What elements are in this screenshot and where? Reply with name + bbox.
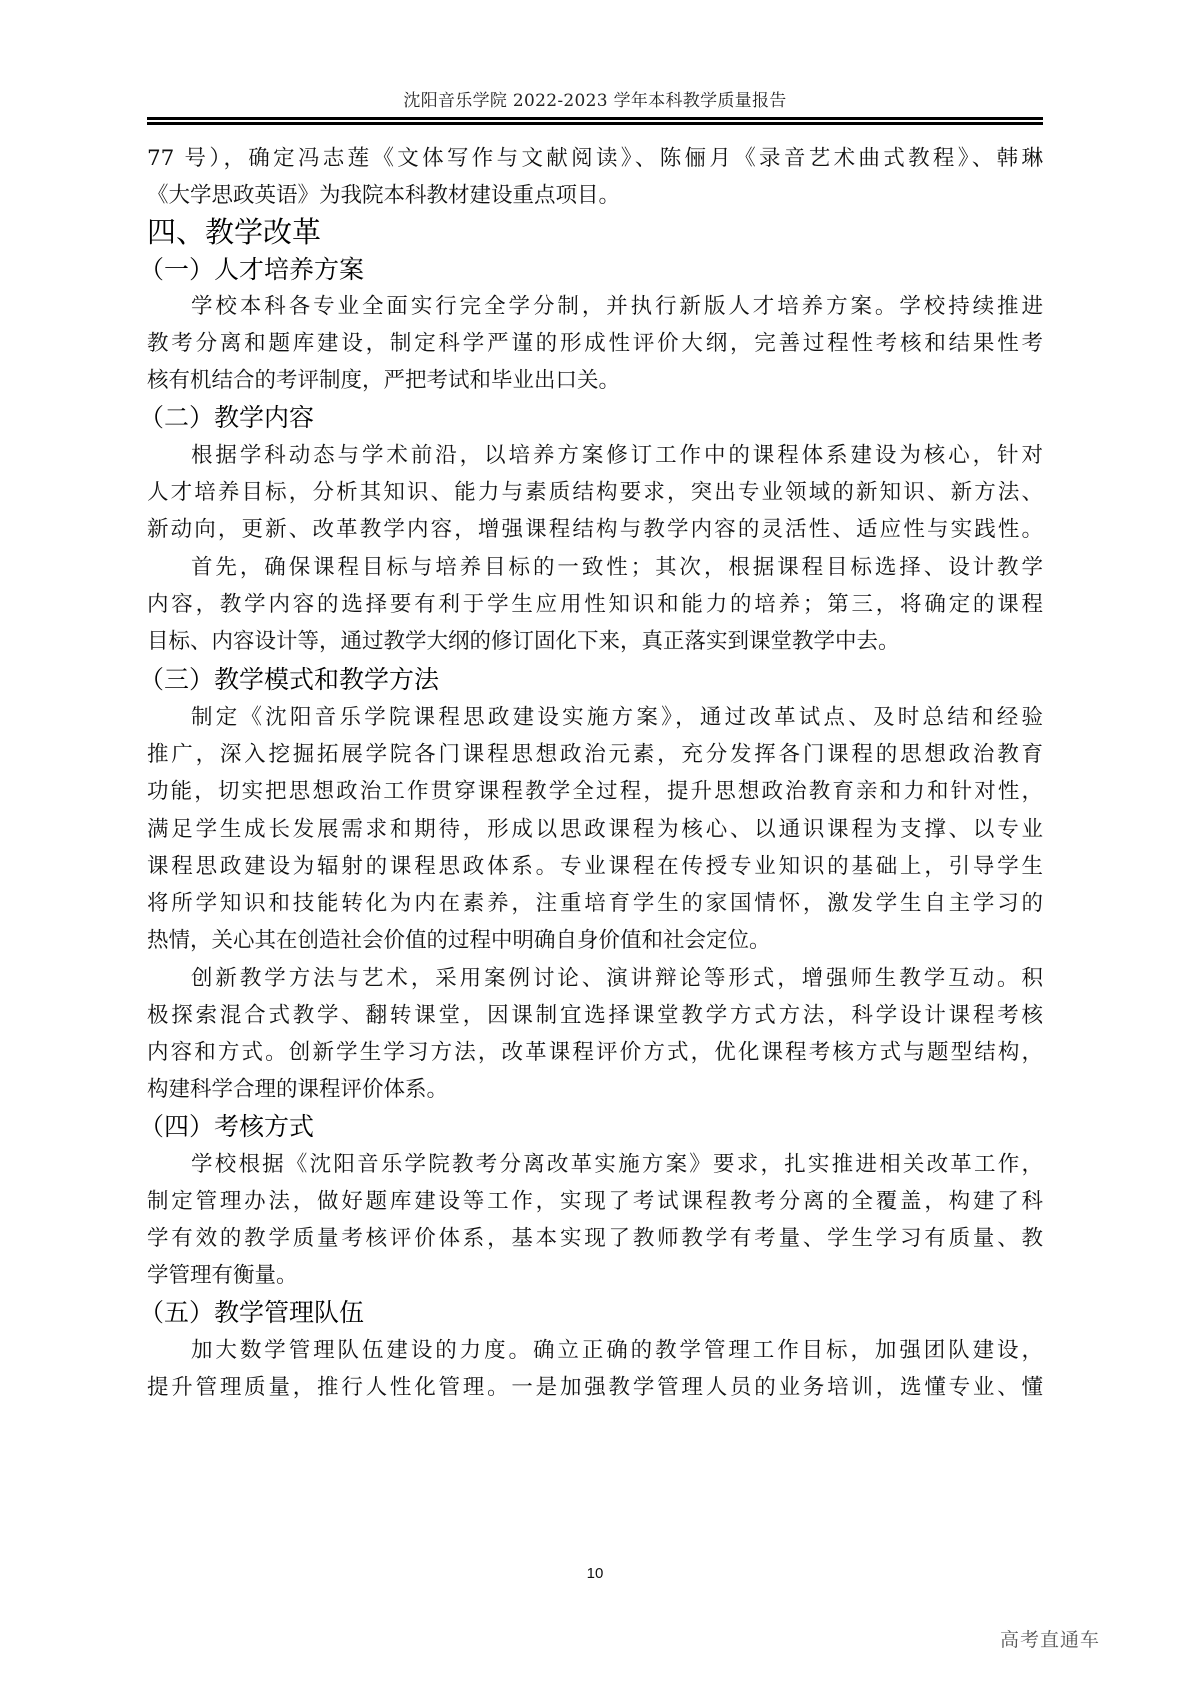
body-line: 满足学生成长发展需求和期待，形成以思政课程为核心、以通识课程为支撑、以专业 bbox=[147, 811, 1043, 848]
header-rule-bottom bbox=[147, 122, 1043, 125]
body-line: 核有机结合的考评制度，严把考试和毕业出口关。 bbox=[147, 362, 1043, 399]
body-line: 学校本科各专业全面实行完全学分制，并执行新版人才培养方案。学校持续推进 bbox=[147, 288, 1043, 325]
body-line: 目标、内容设计等，通过教学大纲的修订固化下来，真正落实到课堂教学中去。 bbox=[147, 623, 1043, 660]
body-line: 创新教学方法与艺术，采用案例讨论、演讲辩论等形式，增强师生教学互动。积 bbox=[147, 960, 1043, 997]
body-line: 制定《沈阳音乐学院课程思政建设实施方案》，通过改革试点、及时总结和经验 bbox=[147, 699, 1043, 736]
body-line: 教考分离和题库建设，制定科学严谨的形成性评价大纲，完善过程性考核和结果性考 bbox=[147, 325, 1043, 362]
watermark: 高考直通车 bbox=[1000, 1625, 1100, 1652]
body-line: 构建科学合理的课程评价体系。 bbox=[147, 1071, 1043, 1108]
body-line: 内容和方式。创新学生学习方法，改革课程评价方式，优化课程考核方式与题型结构， bbox=[147, 1034, 1043, 1071]
body-line: 《大学思政英语》为我院本科教材建设重点项目。 bbox=[147, 177, 1043, 214]
body-line: 制定管理办法，做好题库建设等工作，实现了考试课程教考分离的全覆盖，构建了科 bbox=[147, 1183, 1043, 1220]
document-page: 沈阳音乐学院 2022-2023 学年本科教学质量报告 77 号），确定冯志莲《… bbox=[0, 0, 1190, 1684]
body-line: 首先，确保课程目标与培养目标的一致性；其次，根据课程目标选择、设计教学 bbox=[147, 549, 1043, 586]
header-rule-top bbox=[147, 117, 1043, 120]
body-line: 新动向，更新、改革教学内容，增强课程结构与教学内容的灵活性、适应性与实践性。 bbox=[147, 511, 1043, 548]
body-line: 77 号），确定冯志莲《文体写作与文献阅读》、陈俪月《录音艺术曲式教程》、韩琳 bbox=[147, 140, 1043, 177]
body-line: 极探索混合式教学、翻转课堂，因课制宜选择课堂教学方式方法，科学设计课程考核 bbox=[147, 997, 1043, 1034]
body-line: 将所学知识和技能转化为内在素养，注重培育学生的家国情怀，激发学生自主学习的 bbox=[147, 885, 1043, 922]
body-line: 推广，深入挖掘拓展学院各门课程思想政治元素，充分发挥各门课程的思想政治教育 bbox=[147, 736, 1043, 773]
body-line: 提升管理质量，推行人性化管理。一是加强教学管理人员的业务培训，选懂专业、懂 bbox=[147, 1369, 1043, 1406]
subsection-heading-2: （二）教学内容 bbox=[139, 399, 314, 436]
body-line: 学校根据《沈阳音乐学院教考分离改革实施方案》要求，扎实推进相关改革工作， bbox=[147, 1146, 1043, 1183]
page-number: 10 bbox=[575, 1565, 615, 1582]
subsection-heading-1: （一）人才培养方案 bbox=[139, 251, 364, 288]
body-line: 加大数学管理队伍建设的力度。确立正确的教学管理工作目标，加强团队建设， bbox=[147, 1332, 1043, 1369]
running-header: 沈阳音乐学院 2022-2023 学年本科教学质量报告 bbox=[147, 86, 1043, 111]
subsection-heading-4: （四）考核方式 bbox=[139, 1108, 314, 1145]
body-line: 学管理有衡量。 bbox=[147, 1257, 1043, 1294]
body-line: 内容，教学内容的选择要有利于学生应用性知识和能力的培养；第三，将确定的课程 bbox=[147, 586, 1043, 623]
body-line: 课程思政建设为辐射的课程思政体系。专业课程在传授专业知识的基础上，引导学生 bbox=[147, 848, 1043, 885]
body-line: 根据学科动态与学术前沿，以培养方案修订工作中的课程体系建设为核心，针对 bbox=[147, 437, 1043, 474]
body-line: 人才培养目标，分析其知识、能力与素质结构要求，突出专业领域的新知识、新方法、 bbox=[147, 474, 1043, 511]
body-line: 热情，关心其在创造社会价值的过程中明确自身价值和社会定位。 bbox=[147, 922, 1043, 959]
body-line: 学有效的教学质量考核评价体系，基本实现了教师教学有考量、学生学习有质量、教 bbox=[147, 1220, 1043, 1257]
body-line: 功能，切实把思想政治工作贯穿课程教学全过程，提升思想政治教育亲和力和针对性， bbox=[147, 773, 1043, 810]
subsection-heading-3: （三）教学模式和教学方法 bbox=[139, 661, 439, 698]
subsection-heading-5: （五）教学管理队伍 bbox=[139, 1294, 364, 1331]
section-heading: 四、教学改革 bbox=[147, 214, 321, 251]
